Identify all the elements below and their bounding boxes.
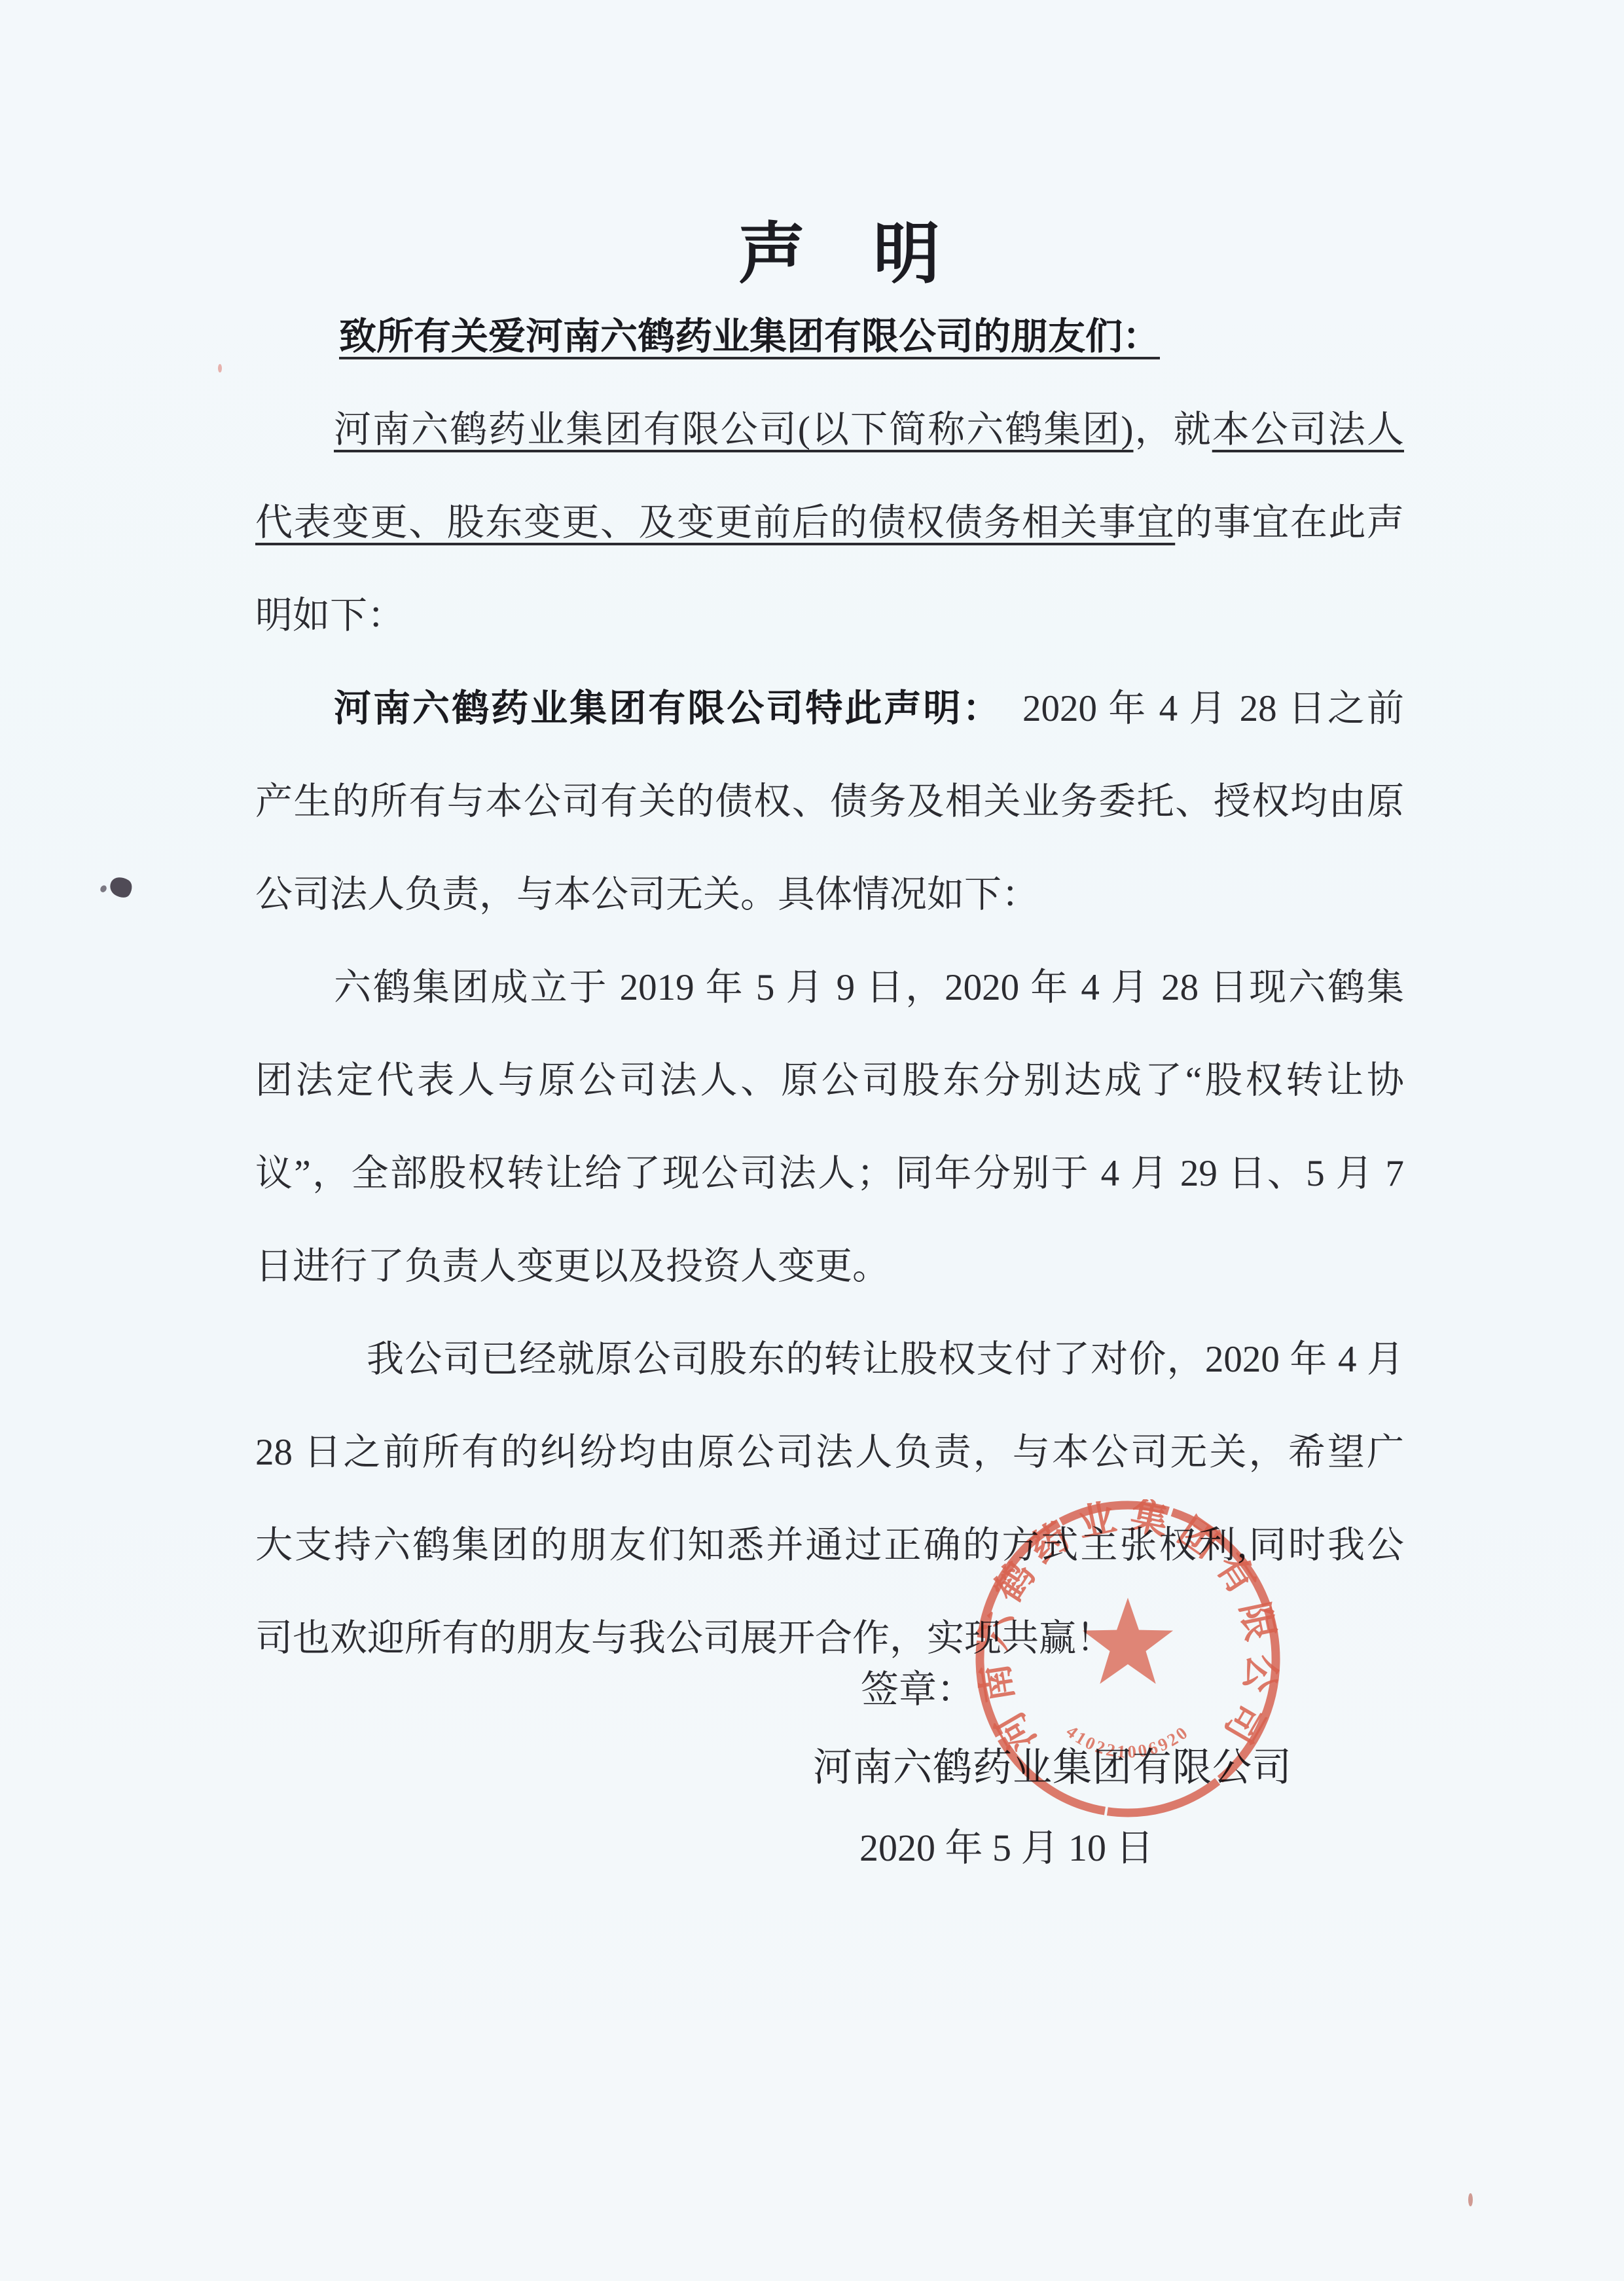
document-body: 致所有关爱河南六鹤药业集团有限公司的朋友们：河南六鹤药业集团有限公司(以下简称六… [255, 291, 1404, 1685]
text-segment: 河南六鹤药业集团有限公司特此声明： [334, 688, 983, 729]
body-line: 致所有关爱河南六鹤药业集团有限公司的朋友们： [255, 291, 1404, 384]
company-seal-stamp: 河南六鹤药业集团有限公司 410221006920 [971, 1499, 1284, 1819]
body-line: 代表变更、股东变更、及变更前后的债权债务相关事宜的事宜在此声 [255, 477, 1404, 570]
body-line: 公司法人负责，与本公司无关。具体情况如下： [255, 848, 1404, 941]
seal-serial-number: 410221006920 [1062, 1721, 1193, 1761]
text-segment: 议”，全部股权转让给了现公司法人；同年分别于 4 月 29 日、5 月 7 [255, 1153, 1404, 1194]
text-segment: 团法定代表人与原公司法人、原公司股东分别达成了“股权转让协 [255, 1060, 1404, 1101]
body-line: 我公司已经就原公司股东的转让股权支付了对价，2020 年 4 月 [255, 1313, 1404, 1406]
text-segment: 我公司已经就原公司股东的转让股权支付了对价，2020 年 4 月 [367, 1339, 1404, 1380]
text-segment: 河南六鹤药业集团有限公司(以下简称六鹤集团) [334, 409, 1134, 450]
body-line: 河南六鹤药业集团有限公司(以下简称六鹤集团)，就本公司法人 [255, 384, 1404, 477]
signature-label: 签章： [861, 1670, 975, 1709]
text-segment: 日进行了负责人变更以及投资人变更。 [255, 1246, 890, 1287]
text-segment: 六鹤集团成立于 2019 年 5 月 9 日，2020 年 4 月 28 日现六… [334, 967, 1404, 1008]
text-segment: 明如下： [255, 595, 405, 636]
document-title: 声明 [255, 216, 1423, 295]
body-line: 明如下： [255, 570, 1404, 663]
red-speck [1468, 2193, 1473, 2206]
scan-edge [0, 2281, 1624, 2296]
star-icon [1083, 1597, 1173, 1684]
body-line: 产生的所有与本公司有关的债权、债务及相关业务委托、授权均由原 [255, 756, 1404, 848]
body-line: 六鹤集团成立于 2019 年 5 月 9 日，2020 年 4 月 28 日现六… [255, 941, 1404, 1034]
body-line: 河南六鹤药业集团有限公司特此声明： 2020 年 4 月 28 日之前 [255, 663, 1404, 756]
scanned-document-page: { "document": { "title": "声明", "lines": … [0, 0, 1624, 2296]
body-line: 日进行了负责人变更以及投资人变更。 [255, 1220, 1404, 1313]
text-segment: ，就 [1134, 409, 1212, 450]
text-segment: 产生的所有与本公司有关的债权、债务及相关业务委托、授权均由原 [255, 781, 1404, 822]
body-line: 团法定代表人与原公司法人、原公司股东分别达成了“股权转让协 [255, 1034, 1404, 1127]
text-segment: 代表变更、股东变更、及变更前后的债权债务相关事宜 [255, 502, 1175, 543]
text-segment: 的事宜在此声 [1175, 502, 1404, 543]
text-segment: 公司法人负责，与本公司无关。具体情况如下： [255, 874, 1039, 915]
text-segment: 2020 年 4 月 28 日之前 [983, 688, 1404, 729]
body-line: 28 日之前所有的纠纷均由原公司法人负责，与本公司无关，希望广 [255, 1406, 1404, 1499]
text-segment: 28 日之前所有的纠纷均由原公司法人负责，与本公司无关，希望广 [255, 1432, 1404, 1473]
text-segment: 本公司法人 [1212, 409, 1404, 450]
body-line: 议”，全部股权转让给了现公司法人；同年分别于 4 月 29 日、5 月 7 [255, 1127, 1404, 1220]
red-speck [218, 364, 222, 373]
signature-date: 2020 年 5 月 10 日 [859, 1828, 1154, 1868]
text-segment: 致所有关爱河南六鹤药业集团有限公司的朋友们： [339, 316, 1160, 357]
